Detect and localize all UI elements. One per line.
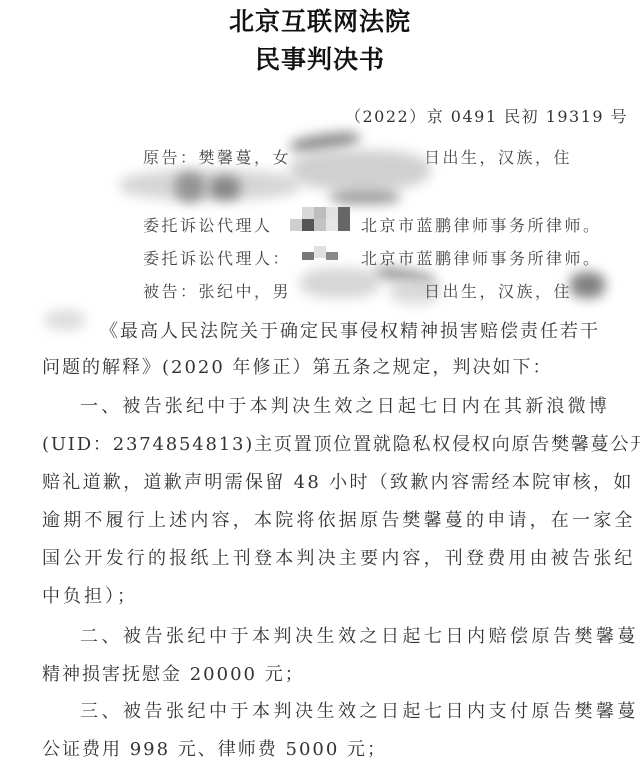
- agent1-firm: 北京市蓝鹏律师事务所律师。: [361, 213, 602, 236]
- judgment-document: 北京互联网法院 民事判决书 （2022）京 0491 民初 19319 号 原告…: [0, 0, 640, 762]
- ruling-item-1-line-3: 赔礼道歉，道歉声明需保留 48 小时（致歉内容需经本院审核，如: [42, 468, 634, 494]
- redaction-smudge: [300, 268, 380, 298]
- agent1-label: 委托诉讼代理人: [143, 213, 273, 236]
- document-type: 民事判决书: [0, 40, 640, 76]
- redaction-smudge: [570, 272, 605, 298]
- agent2-firm: 北京市蓝鹏律师事务所律师。: [361, 246, 602, 269]
- redaction-smudge: [175, 172, 205, 202]
- redaction-smudge: [330, 190, 400, 204]
- ruling-item-1-line-5: 国公开发行的报纸上刊登本判决主要内容，刊登费用由被告张纪: [42, 544, 636, 570]
- plaintiff-info-prefix: 原告：樊馨蔓，女: [143, 145, 291, 168]
- ruling-item-1-line-1: 一、被告张纪中于本判决生效之日起七日内在其新浪微博: [80, 392, 610, 418]
- ruling-item-3-line-1: 三、被告张纪中于本判决生效之日起七日内支付原告樊馨蔓: [80, 697, 639, 723]
- ruling-item-2-line-1: 二、被告张纪中于本判决生效之日起七日内赔偿原告樊馨蔓: [80, 622, 639, 648]
- plaintiff-info-suffix: 日出生，汉族，住: [424, 145, 572, 168]
- defendant-info-suffix: 日出生，汉族，住: [424, 279, 572, 302]
- ruling-item-1-line-4: 逾期不履行上述内容，本院将依据原告樊馨蔓的申请，在一家全: [42, 506, 636, 532]
- ruling-item-1-line-6: 中负担）；: [42, 582, 138, 608]
- legal-basis-line-1: 《最高人民法院关于确定民事侵权精神损害赔偿责任若干: [100, 317, 600, 343]
- redaction-smudge: [210, 176, 240, 200]
- ruling-item-3-line-2: 公证费用 998 元、律师费 5000 元；: [42, 735, 387, 761]
- redaction-smudge: [45, 310, 85, 330]
- ruling-item-2-line-2: 精神损害抚慰金 20000 元；: [42, 660, 305, 686]
- defendant-info-prefix: 被告：张纪中，男: [143, 279, 291, 302]
- agent2-label: 委托诉讼代理人：: [143, 246, 291, 269]
- court-name: 北京互联网法院: [0, 2, 640, 38]
- case-number: （2022）京 0491 民初 19319 号: [345, 104, 628, 127]
- ruling-item-1-line-2: (UID：2374854813)主页置顶位置就隐私权侵权向原告樊馨蔓公开: [42, 430, 640, 456]
- redaction-smudge: [290, 150, 430, 190]
- legal-basis-line-2: 问题的解释》(2020 年修正）第五条之规定，判决如下：: [42, 353, 553, 379]
